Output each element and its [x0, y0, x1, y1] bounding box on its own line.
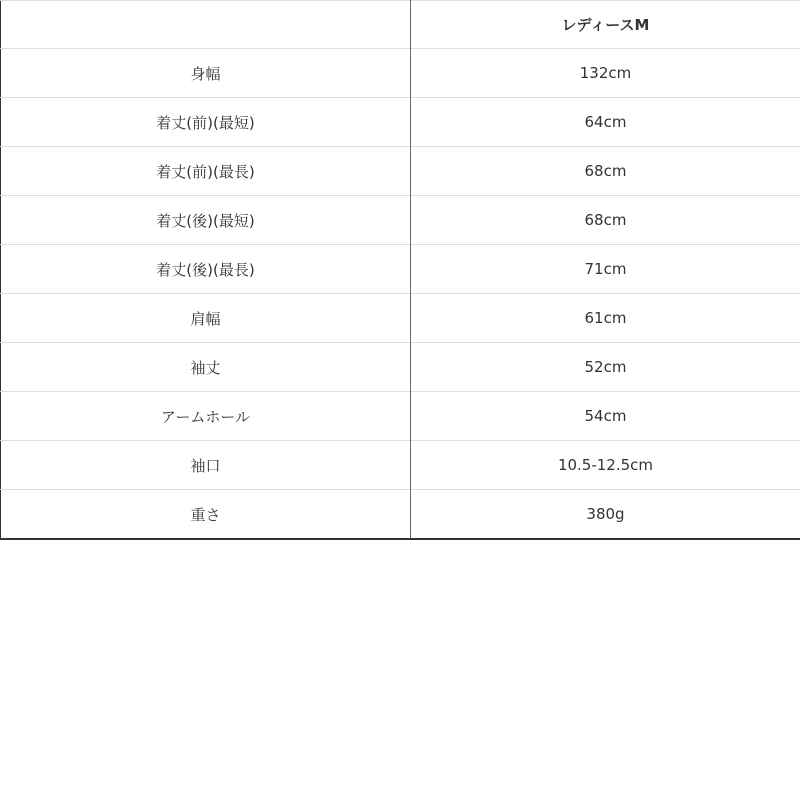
header-empty-cell	[1, 1, 411, 49]
table-row: 袖口 10.5-12.5cm	[1, 441, 800, 490]
measurement-value: 52cm	[411, 343, 800, 392]
measurement-label: 肩幅	[1, 294, 411, 343]
measurement-label: 重さ	[1, 490, 411, 540]
table-row: 着丈(前)(最長) 68cm	[1, 147, 800, 196]
measurement-value: 61cm	[411, 294, 800, 343]
table-row: 着丈(前)(最短) 64cm	[1, 98, 800, 147]
measurement-label: 袖口	[1, 441, 411, 490]
measurement-label: 身幅	[1, 49, 411, 98]
measurement-value: 64cm	[411, 98, 800, 147]
measurement-label: 着丈(前)(最短)	[1, 98, 411, 147]
size-chart-header-row: レディースM	[1, 1, 800, 49]
measurement-label: 袖丈	[1, 343, 411, 392]
table-row: 重さ 380g	[1, 490, 800, 540]
measurement-value: 10.5-12.5cm	[411, 441, 800, 490]
measurement-value: 68cm	[411, 196, 800, 245]
measurement-label: 着丈(前)(最長)	[1, 147, 411, 196]
measurement-label: アームホール	[1, 392, 411, 441]
table-row: 着丈(後)(最長) 71cm	[1, 245, 800, 294]
size-chart-table: レディースM 身幅 132cm 着丈(前)(最短) 64cm 着丈(前)(最長)…	[0, 0, 800, 540]
table-row: 身幅 132cm	[1, 49, 800, 98]
measurement-value: 68cm	[411, 147, 800, 196]
table-row: アームホール 54cm	[1, 392, 800, 441]
measurement-value: 380g	[411, 490, 800, 540]
table-row: 肩幅 61cm	[1, 294, 800, 343]
table-row: 袖丈 52cm	[1, 343, 800, 392]
measurement-value: 54cm	[411, 392, 800, 441]
measurement-value: 132cm	[411, 49, 800, 98]
table-row: 着丈(後)(最短) 68cm	[1, 196, 800, 245]
measurement-value: 71cm	[411, 245, 800, 294]
measurement-label: 着丈(後)(最長)	[1, 245, 411, 294]
header-size-cell: レディースM	[411, 1, 800, 49]
measurement-label: 着丈(後)(最短)	[1, 196, 411, 245]
